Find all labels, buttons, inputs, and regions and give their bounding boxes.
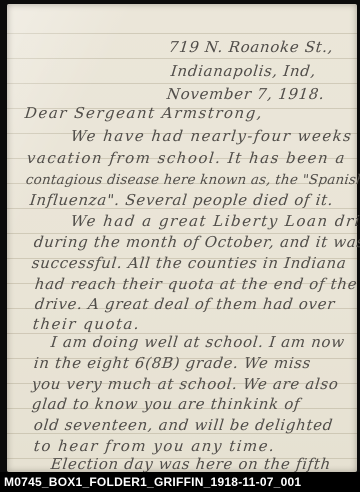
- catalog-label-bar: M0745_BOX1_FOLDER1_GRIFFIN_1918-11-07_00…: [0, 472, 360, 492]
- date-line: November 7, 1918.: [166, 86, 325, 103]
- body-line: you very much at school. We are also: [31, 376, 339, 393]
- body-line: successful. All the counties in Indiana: [31, 255, 347, 272]
- body-line: had reach their quota at the end of the: [34, 276, 358, 293]
- body-line: Election day was here on the fifth: [50, 456, 332, 473]
- address-line: 719 N. Roanoke St.,: [168, 39, 334, 56]
- document-scan: 719 N. Roanoke St., Indianapolis, Ind, N…: [0, 0, 360, 492]
- address-line: Indianapolis, Ind,: [170, 63, 317, 80]
- body-line: drive. A great deal of them had over: [34, 296, 336, 313]
- body-line: contagious disease here known as, the "S…: [25, 172, 360, 189]
- body-line: in the eight 6(8B) grade. We miss: [33, 355, 312, 372]
- body-line: We have had nearly-four weeks: [70, 128, 353, 145]
- body-line: We had a great Liberty Loan drive: [70, 213, 360, 230]
- body-line: their quota.: [32, 316, 141, 333]
- body-line: glad to know you are thinkink of: [31, 396, 301, 413]
- body-line: during the month of October, and it was: [33, 234, 360, 251]
- handwriting-layer: 719 N. Roanoke St., Indianapolis, Ind, N…: [0, 0, 360, 492]
- catalog-label: M0745_BOX1_FOLDER1_GRIFFIN_1918-11-07_00…: [0, 475, 301, 489]
- salutation-line: Dear Sergeant Armstrong,: [24, 105, 264, 122]
- body-line: vacation from school. It has been a: [26, 150, 347, 167]
- body-line: I am doing well at school. I am now: [50, 334, 346, 351]
- body-line: to hear from you any time.: [33, 438, 276, 455]
- body-line: Influenza". Several people died of it.: [29, 192, 334, 209]
- body-line: old seventeen, and will be delighted: [33, 417, 334, 434]
